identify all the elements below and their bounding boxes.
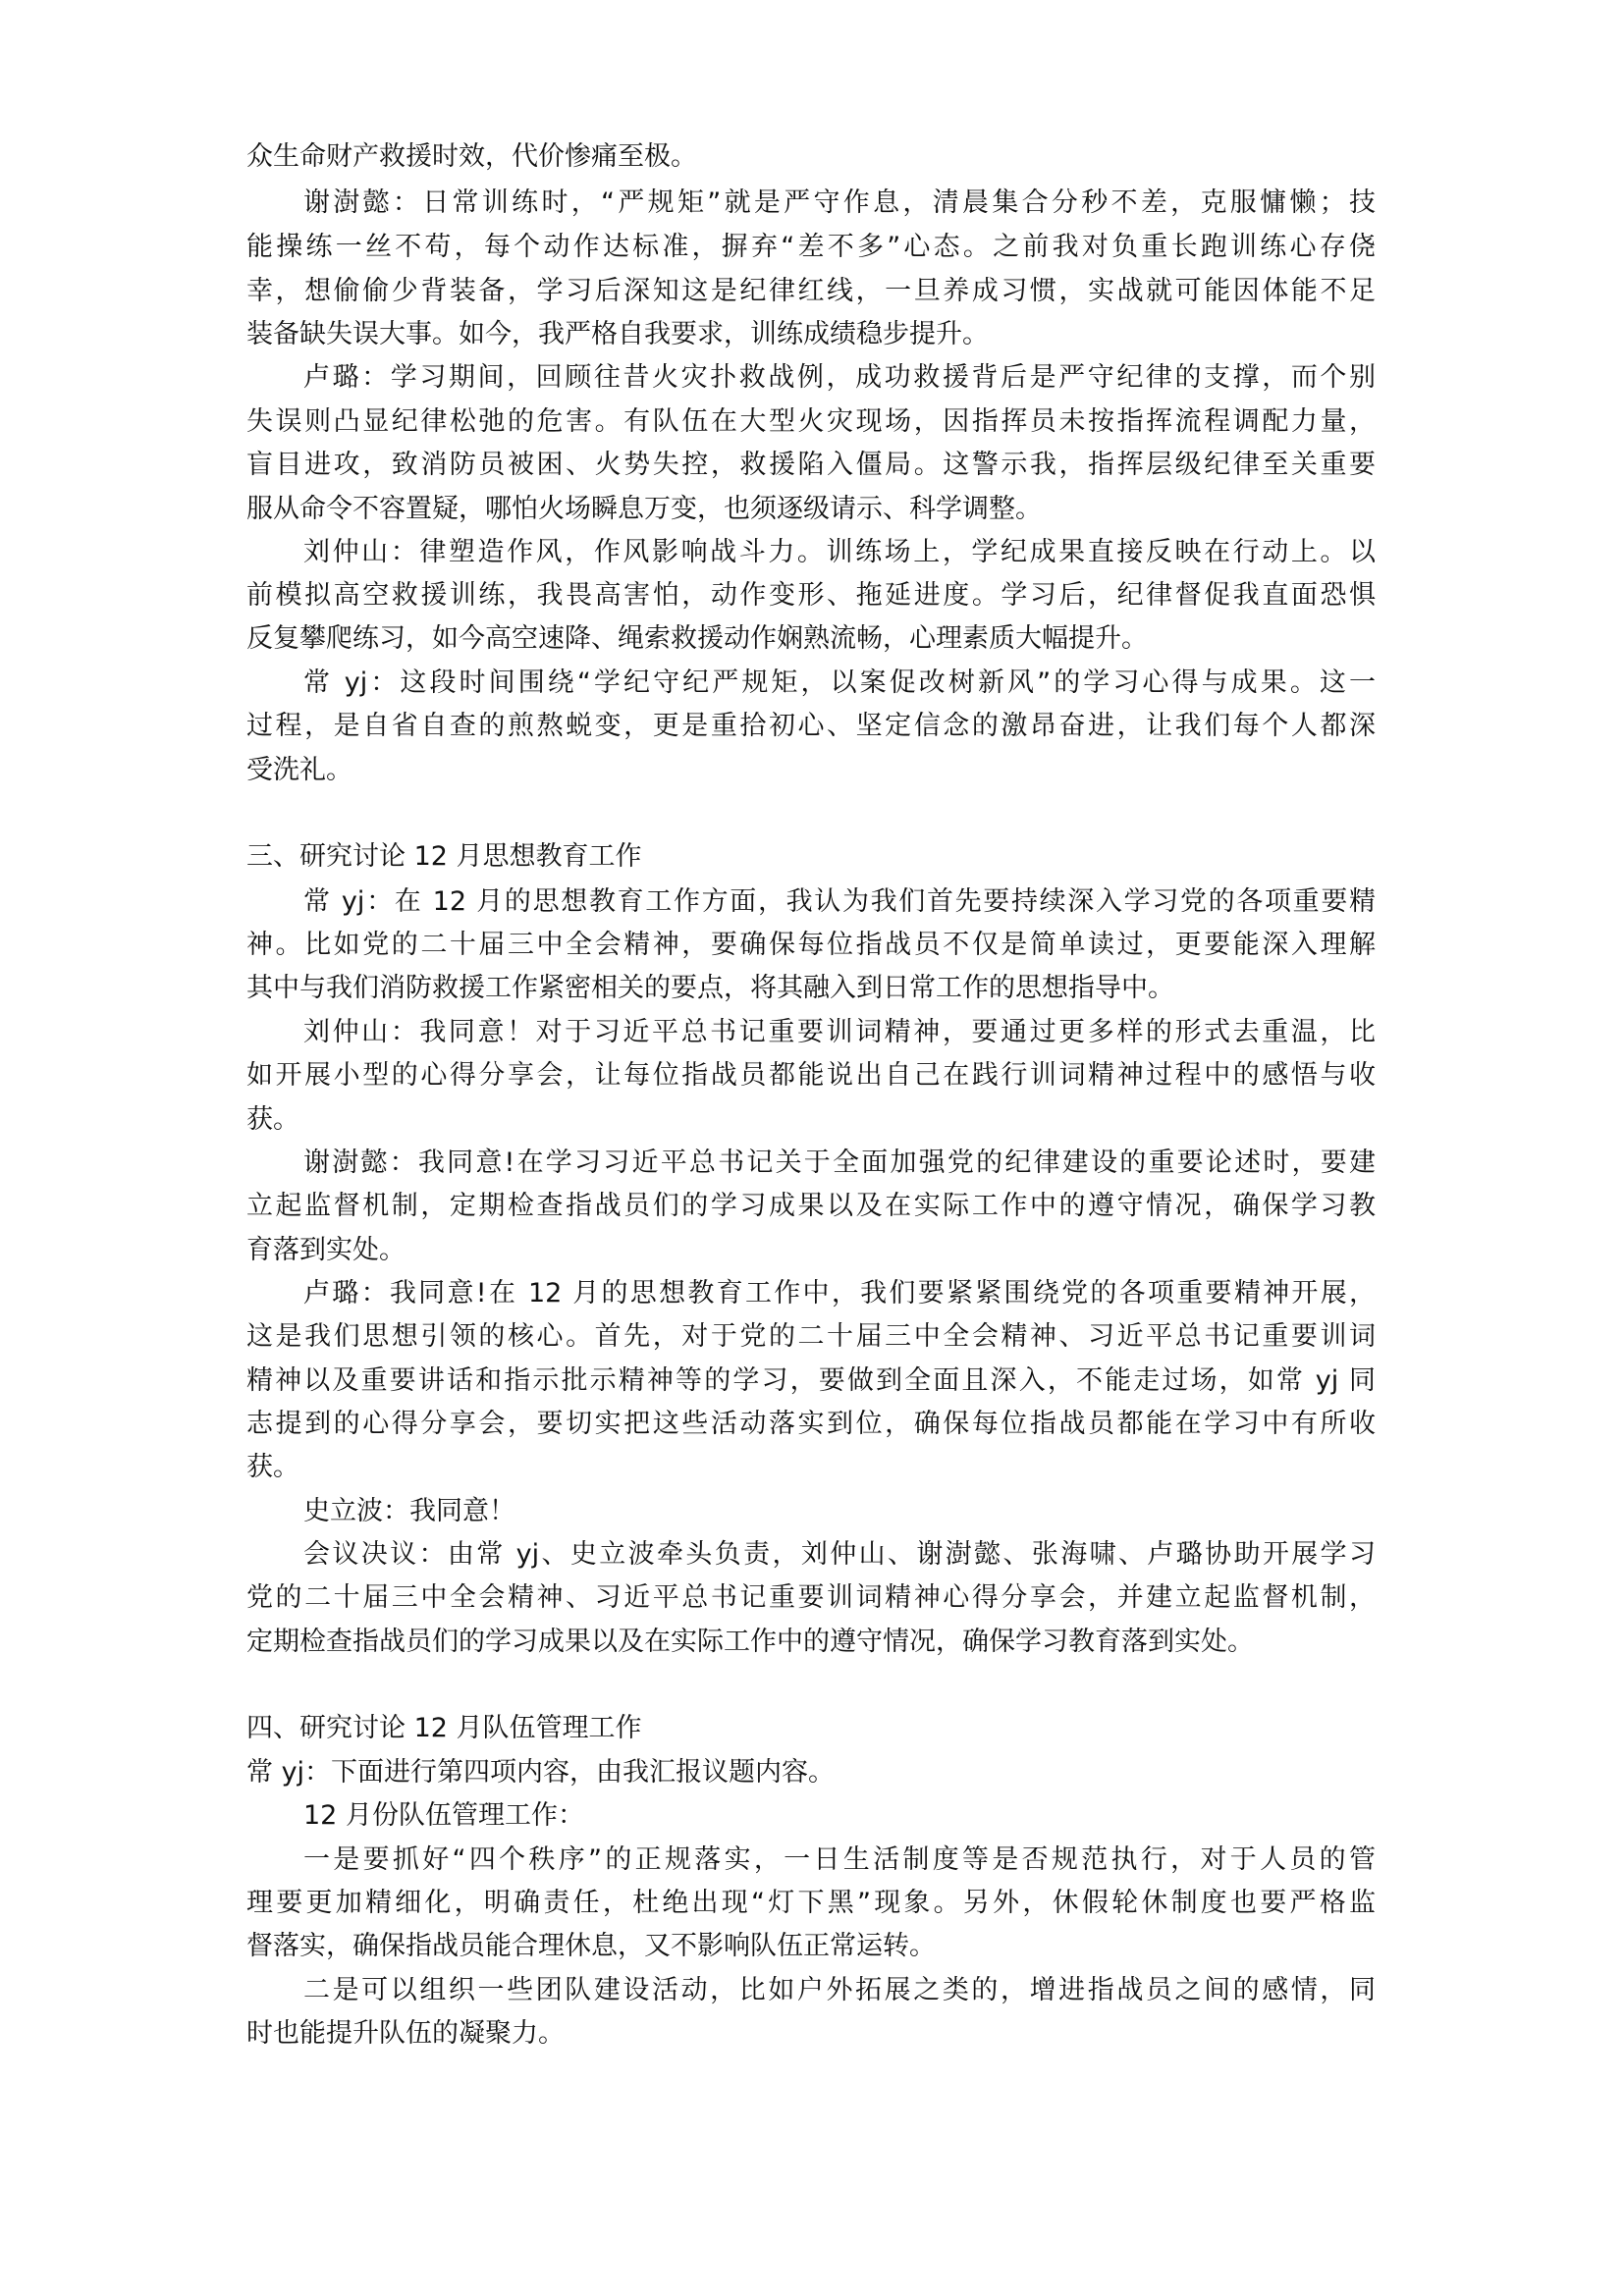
text-line: 12 月份队伍管理工作： — [303, 1794, 1376, 1838]
text-line: 常 yj：下面进行第四项内容，由我汇报议题内容。 — [246, 1751, 1376, 1794]
text-line: 获。 — [246, 1098, 1376, 1142]
text-line: 督落实，确保指战员能合理休息，又不影响队伍正常运转。 — [246, 1925, 1376, 1968]
text-line: 刘仲山：律塑造作风，作风影响战斗力。训练场上，学纪成果直接反映在行动上。以 — [303, 531, 1376, 574]
text-line: 谢澍懿：我同意!在学习习近平总书记关于全面加强党的纪律建设的重要论述时，要建 — [303, 1142, 1376, 1185]
text-line: 一是要抓好“四个秩序”的正规落实，一日生活制度等是否规范执行，对于人员的管 — [303, 1839, 1376, 1882]
text-line: 卢璐：学习期间，回顾往昔火灾扑救战例，成功救援背后是严守纪律的支撑，而个别 — [303, 356, 1376, 400]
text-line: 常 yj：这段时间围绕“学纪守纪严规矩，以案促改树新风”的学习心得与成果。这一 — [303, 662, 1376, 705]
text-line: 立起监督机制，定期检查指战员们的学习成果以及在实际工作中的遵守情况，确保学习教 — [246, 1185, 1376, 1228]
text-line: 能操练一丝不苟，每个动作达标准，摒弃“差不多”心态。之前我对负重长跑训练心存侥 — [246, 226, 1376, 269]
text-line: 前模拟高空救援训练，我畏高害怕，动作变形、拖延进度。学习后，纪律督促我直面恐惧 — [246, 574, 1376, 617]
document-page: 众生命财产救援时效，代价惨痛至极。谢澍懿：日常训练时，“严规矩”就是严守作息，清… — [0, 0, 1624, 2296]
text-line: 失误则凸显纪律松弛的危害。有队伍在大型火灾现场，因指挥员未按指挥流程调配力量， — [246, 400, 1376, 444]
text-line: 盲目进攻，致消防员被困、火势失控，救援陷入僵局。这警示我，指挥层级纪律至关重要 — [246, 444, 1376, 487]
text-line: 获。 — [246, 1446, 1376, 1489]
text-line: 精神以及重要讲话和指示批示精神等的学习，要做到全面且深入，不能走过场，如常 yj… — [246, 1360, 1376, 1403]
text-line: 受洗礼。 — [246, 749, 1376, 792]
text-line: 刘仲山：我同意！对于习近平总书记重要训词精神，要通过更多样的形式去重温，比 — [303, 1011, 1376, 1054]
text-line: 四、研究讨论 12 月队伍管理工作 — [246, 1707, 1376, 1750]
text-line: 装备缺失误大事。如今，我严格自我要求，训练成绩稳步提升。 — [246, 313, 1376, 356]
text-line: 众生命财产救援时效，代价惨痛至极。 — [246, 135, 1376, 179]
text-line: 过程，是自省自查的煎熬蜕变，更是重拾初心、坚定信念的激昂奋进，让我们每个人都深 — [246, 705, 1376, 748]
text-line: 这是我们思想引领的核心。首先，对于党的二十届三中全会精神、习近平总书记重要训词 — [246, 1315, 1376, 1359]
text-line: 党的二十届三中全会精神、习近平总书记重要训词精神心得分享会，并建立起监督机制， — [246, 1576, 1376, 1620]
text-line: 史立波：我同意！ — [303, 1490, 1376, 1533]
text-line: 谢澍懿：日常训练时，“严规矩”就是严守作息，清晨集合分秒不差，克服慵懒；技 — [303, 182, 1376, 225]
text-line: 反复攀爬练习，如今高空速降、绳索救援动作娴熟流畅，心理素质大幅提升。 — [246, 617, 1376, 661]
text-line: 会议决议：由常 yj、史立波牵头负责，刘仲山、谢澍懿、张海啸、卢璐协助开展学习 — [303, 1533, 1376, 1576]
text-line: 服从命令不容置疑，哪怕火场瞬息万变，也须逐级请示、科学调整。 — [246, 488, 1376, 531]
text-line: 志提到的心得分享会，要切实把这些活动落实到位，确保每位指战员都能在学习中有所收 — [246, 1403, 1376, 1446]
text-line: 常 yj：在 12 月的思想教育工作方面，我认为我们首先要持续深入学习党的各项重… — [303, 881, 1376, 924]
text-line: 三、研究讨论 12 月思想教育工作 — [246, 835, 1376, 879]
text-line: 其中与我们消防救援工作紧密相关的要点，将其融入到日常工作的思想指导中。 — [246, 967, 1376, 1010]
text-line: 卢璐：我同意!在 12 月的思想教育工作中，我们要紧紧围绕党的各项重要精神开展， — [303, 1272, 1376, 1315]
text-line: 神。比如党的二十届三中全会精神，要确保每位指战员不仅是简单读过，更要能深入理解 — [246, 924, 1376, 967]
text-line: 理要更加精细化，明确责任，杜绝出现“灯下黑”现象。另外，休假轮休制度也要严格监 — [246, 1882, 1376, 1925]
text-line: 幸，想偷偷少背装备，学习后深知这是纪律红线，一旦养成习惯，实战就可能因体能不足 — [246, 270, 1376, 313]
text-line: 时也能提升队伍的凝聚力。 — [246, 2012, 1376, 2056]
text-line: 定期检查指战员们的学习成果以及在实际工作中的遵守情况，确保学习教育落到实处。 — [246, 1621, 1376, 1664]
text-line: 育落到实处。 — [246, 1229, 1376, 1272]
text-line: 二是可以组织一些团队建设活动，比如户外拓展之类的，增进指战员之间的感情，同 — [303, 1969, 1376, 2012]
text-line: 如开展小型的心得分享会，让每位指战员都能说出自己在践行训词精神过程中的感悟与收 — [246, 1054, 1376, 1097]
